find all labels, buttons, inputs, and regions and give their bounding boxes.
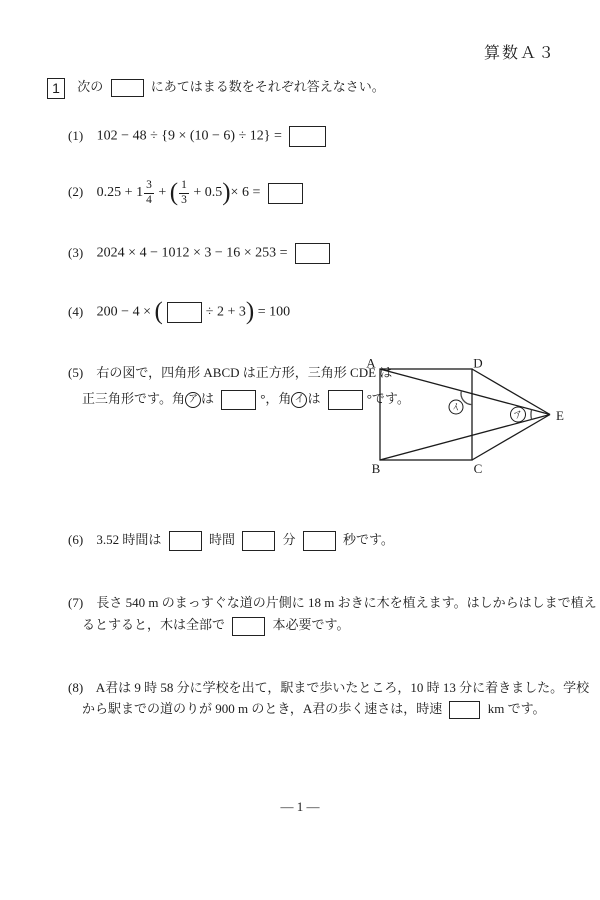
problem-8-text2: から駅までの道のりが 900 m のとき，A君の歩く速さは，時速 — [82, 701, 442, 716]
circled-a-icon: ア — [185, 392, 201, 408]
problem-8-text3: km です。 — [488, 701, 546, 716]
square-abcd — [380, 369, 472, 460]
problem-7-text3: 本必要です。 — [273, 617, 350, 632]
problem-6-minutes-answer-box[interactable] — [242, 531, 275, 551]
problem-6-hours-answer-box[interactable] — [169, 531, 202, 551]
problem-6-seg1: 3.52 時間は — [96, 532, 161, 547]
problem-5-text1: 右の図で，四角形 ABCD は正方形，三角形 CDE は — [96, 365, 392, 380]
problem-2-seg1: 0.25 + 1 — [97, 185, 143, 200]
vertex-label-a: A — [366, 356, 376, 371]
vertex-label-c: C — [474, 461, 483, 476]
problem-8-line1: (8) A君は 9 時 58 分に学校を出て，駅まで歩いたところ，10 時 13… — [68, 677, 589, 696]
segment-ae — [380, 369, 550, 415]
problem-5-line1: (5) 右の図で，四角形 ABCD は正方形，三角形 CDE は — [68, 362, 392, 381]
vertex-label-d: D — [473, 356, 482, 371]
close-paren: ) — [246, 298, 254, 325]
angle-a-marker: ア — [511, 407, 526, 422]
problem-8-line2: から駅までの道のりが 900 m のとき，A君の歩く速さは，時速 km です。 — [82, 698, 546, 719]
problem-3-expression: 2024 × 4 − 1012 × 3 − 16 × 253 = — [97, 246, 288, 261]
section-heading: 1 次の にあてはまる数をそれぞれ答えなさい。 — [47, 76, 385, 99]
page-title: 算数Ａ３ — [484, 40, 556, 63]
open-paren: ( — [170, 179, 178, 206]
problem-6: (6) 3.52 時間は 時間 分 秒です。 — [68, 529, 394, 551]
problem-1-answer-box[interactable] — [289, 126, 326, 147]
problem-6-seg4: 秒です。 — [343, 532, 394, 547]
section-number-box: 1 — [47, 78, 65, 99]
problem-5-wa1: は — [201, 391, 214, 406]
fraction-one-third: 13 — [179, 180, 189, 206]
problem-5-angle-a-answer-box[interactable] — [221, 390, 256, 410]
worksheet-page: 算数Ａ３ 1 次の にあてはまる数をそれぞれ答えなさい。 (1) 102 − 4… — [0, 0, 600, 900]
problem-1: (1) 102 − 48 ÷ {9 × (10 − 6) ÷ 12} = — [68, 126, 330, 147]
circled-i-icon: イ — [291, 392, 307, 408]
problem-2: (2) 0.25 + 134 + (13 + 0.5)× 6 = — [68, 180, 307, 206]
problem-7-line1: (7) 長さ 540 m のまっすぐな道の片側に 18 m おきに木を植えます。… — [68, 592, 597, 611]
problem-5-text2: 正三角形です。角 — [82, 391, 185, 406]
problem-3-label: (3) — [68, 245, 83, 260]
problem-6-seg3: 分 — [282, 532, 295, 547]
problem-6-seg2: 時間 — [209, 532, 235, 547]
problem-4: (4) 200 − 4 × (÷ 2 + 3) = 100 — [68, 300, 290, 325]
problem-2-label: (2) — [68, 184, 83, 199]
problem-4-label: (4) — [68, 304, 83, 319]
square-triangle-figure: イ ア A D B C E — [360, 350, 590, 480]
problem-2-seg4: × 6 = — [231, 185, 261, 200]
problem-3: (3) 2024 × 4 − 1012 × 3 − 16 × 253 = — [68, 243, 334, 264]
fraction-three-fourths: 34 — [144, 180, 154, 206]
problem-4-answer-box[interactable] — [167, 302, 202, 323]
problem-2-seg2: + — [158, 185, 166, 200]
problem-7-line2: るとすると，木は全部で 本必要です。 — [82, 614, 349, 636]
problem-7-label: (7) — [68, 595, 83, 610]
close-paren: ) — [222, 179, 230, 206]
segment-de — [472, 369, 550, 415]
problem-6-seconds-answer-box[interactable] — [303, 531, 336, 551]
problem-4-seg2: ÷ 2 + 3 — [206, 305, 246, 320]
problem-7-answer-box[interactable] — [232, 617, 265, 636]
problem-5-deg1: °，角 — [260, 391, 291, 406]
intro-text-before: 次の — [77, 79, 103, 94]
vertex-label-b: B — [372, 461, 381, 476]
intro-text-after: にあてはまる数をそれぞれ答えなさい。 — [151, 79, 385, 94]
problem-7-text1: 長さ 540 m のまっすぐな道の片側に 18 m おきに木を植えます。はしから… — [96, 595, 596, 610]
problem-4-seg1: 200 − 4 × — [97, 305, 151, 320]
problem-1-label: (1) — [68, 128, 83, 143]
vertex-label-e: E — [556, 408, 564, 423]
segment-ce — [472, 415, 550, 461]
problem-5-label: (5) — [68, 365, 83, 380]
page-number: — 1 — — [0, 799, 600, 815]
problem-7-text2: るとすると，木は全部で — [82, 617, 225, 632]
segment-be — [380, 415, 550, 461]
problem-5-wa2: は — [307, 391, 320, 406]
problem-5-angle-i-answer-box[interactable] — [328, 390, 363, 410]
intro-sample-answer-box[interactable] — [111, 79, 144, 97]
angle-a-arc — [531, 410, 532, 420]
problem-1-expression: 102 − 48 ÷ {9 × (10 − 6) ÷ 12} = — [97, 129, 282, 144]
problem-8-answer-box[interactable] — [449, 701, 480, 719]
open-paren: ( — [154, 298, 162, 325]
problem-3-answer-box[interactable] — [295, 243, 330, 264]
problem-8-label: (8) — [68, 680, 83, 695]
problem-8-text1: A君は 9 時 58 分に学校を出て，駅まで歩いたところ，10 時 13 分に着… — [96, 680, 589, 695]
problem-2-seg3: + 0.5 — [193, 185, 222, 200]
problem-4-seg3: = 100 — [258, 305, 290, 320]
problem-2-answer-box[interactable] — [268, 183, 303, 204]
angle-i-marker: イ — [449, 400, 463, 414]
problem-6-label: (6) — [68, 532, 83, 547]
